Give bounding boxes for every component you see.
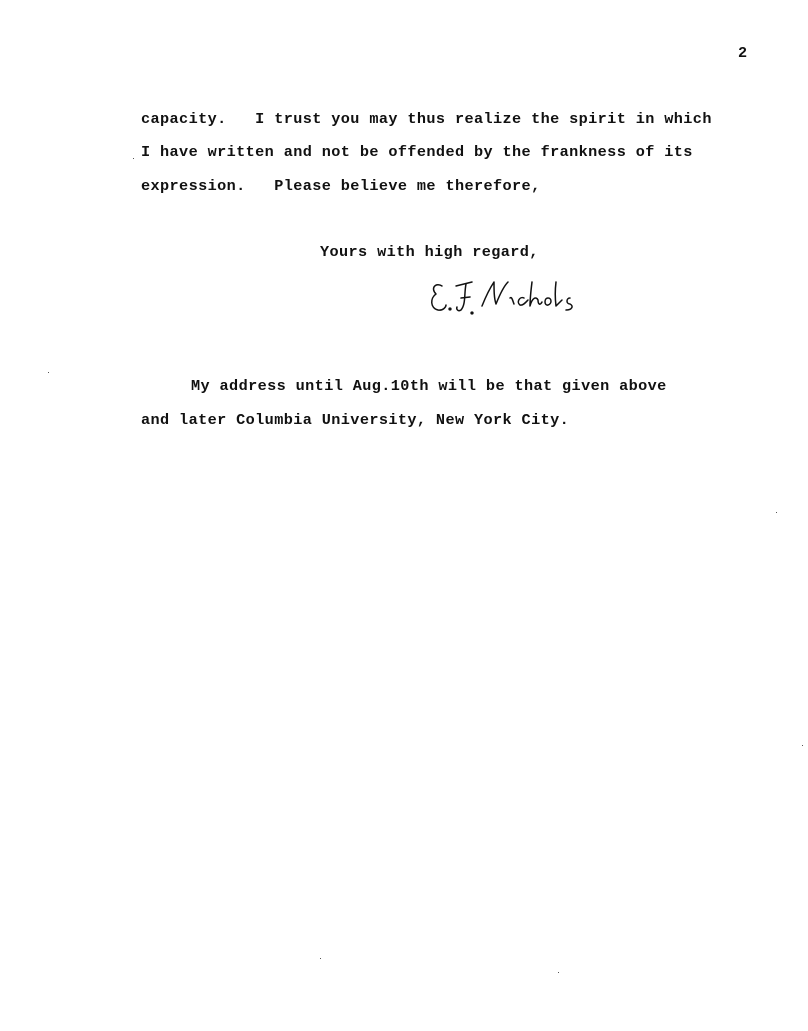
scan-speck [48, 372, 49, 373]
scan-speck [320, 958, 321, 959]
page-number: 2 [738, 44, 748, 62]
letter-page: 2 capacity. I trust you may thus realize… [0, 0, 808, 1031]
body-line: capacity. I trust you may thus realize t… [141, 110, 712, 128]
postscript-line: and later Columbia University, New York … [141, 411, 569, 429]
closing-line: Yours with high regard, [320, 243, 539, 261]
scan-speck [558, 972, 559, 973]
body-line: expression. Please believe me therefore, [141, 177, 541, 195]
scan-speck [133, 158, 134, 159]
body-line: I have written and not be offended by th… [141, 143, 693, 161]
scan-speck [802, 745, 803, 746]
signature [428, 276, 598, 320]
scan-speck [776, 512, 777, 513]
postscript-line: My address until Aug.10th will be that g… [191, 377, 667, 395]
